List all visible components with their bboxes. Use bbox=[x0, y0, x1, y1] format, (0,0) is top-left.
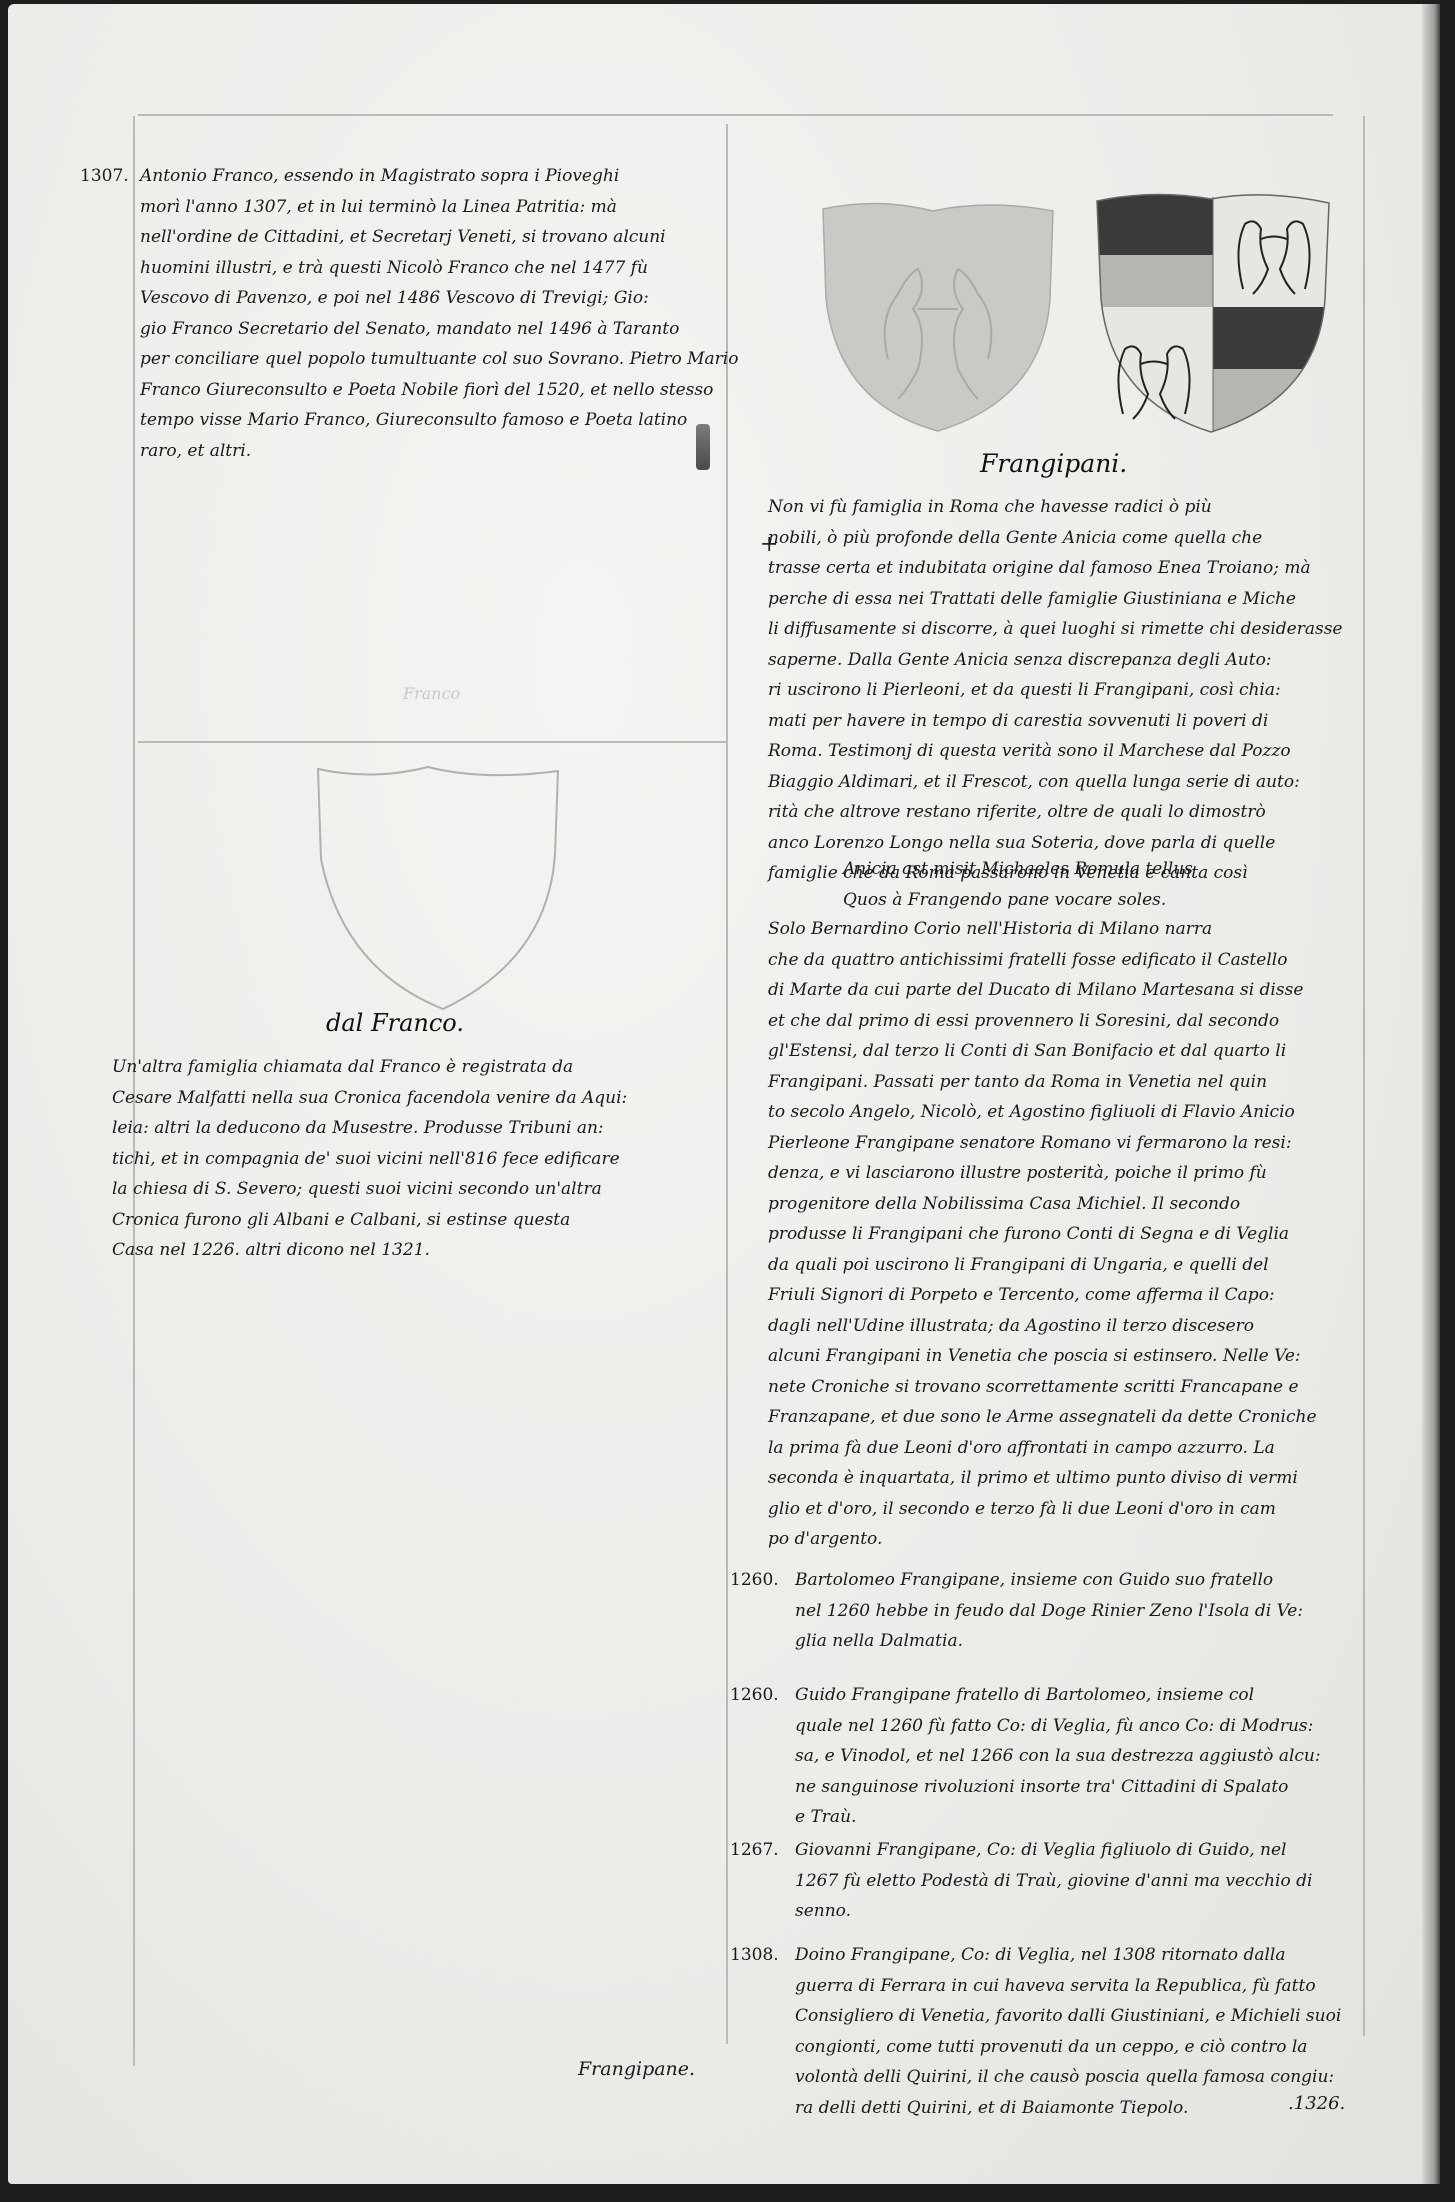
top-rule bbox=[138, 114, 1333, 116]
left-divider-rule bbox=[138, 741, 728, 743]
entry-year: 1308. bbox=[730, 1945, 779, 1965]
entry-1307: 1307. Antonio Franco, essendo in Magistr… bbox=[80, 130, 740, 497]
manuscript-page: 1307. Antonio Franco, essendo in Magistr… bbox=[8, 4, 1440, 2184]
coat-of-arms-lions bbox=[818, 199, 1058, 434]
dal-franco-heading: dal Franco. bbox=[326, 1009, 464, 1037]
entry-year: 1267. bbox=[730, 1840, 779, 1860]
verse-couplet: Anicia ast misit Michaeles Romula tellus… bbox=[843, 854, 1363, 915]
frangipani-heading: Frangipani. bbox=[980, 449, 1127, 478]
page-binding-edge bbox=[1422, 4, 1440, 2184]
entry-text: Doino Frangipane, Co: di Veglia, nel 130… bbox=[795, 1940, 1370, 2123]
ink-smudge bbox=[696, 424, 710, 470]
entry-year: 1307. bbox=[80, 166, 129, 186]
entry-text: Antonio Franco, essendo in Magistrato so… bbox=[140, 161, 740, 466]
frangipani-continued-text: Solo Bernardino Corio nell'Historia di M… bbox=[768, 914, 1368, 1555]
entry-text: Bartolomeo Frangipane, insieme con Guido… bbox=[795, 1565, 1370, 1657]
folio-number: .1326. bbox=[1288, 2089, 1345, 2120]
catchword: Frangipane. bbox=[578, 2054, 695, 2085]
coat-of-arms-quartered bbox=[1093, 189, 1333, 434]
frangipani-main-text: Non vi fù famiglia in Roma che havesse r… bbox=[768, 492, 1368, 889]
faint-heading: Franco bbox=[403, 684, 460, 703]
entry-year: 1260. bbox=[730, 1685, 779, 1705]
entry-1308-doino: 1308. Doino Frangipane, Co: di Veglia, n… bbox=[730, 1909, 1370, 2154]
empty-shield-outline bbox=[313, 759, 573, 1014]
dal-franco-text: Un'altra famiglia chiamata dal Franco è … bbox=[112, 1052, 742, 1266]
entry-year: 1260. bbox=[730, 1570, 779, 1590]
